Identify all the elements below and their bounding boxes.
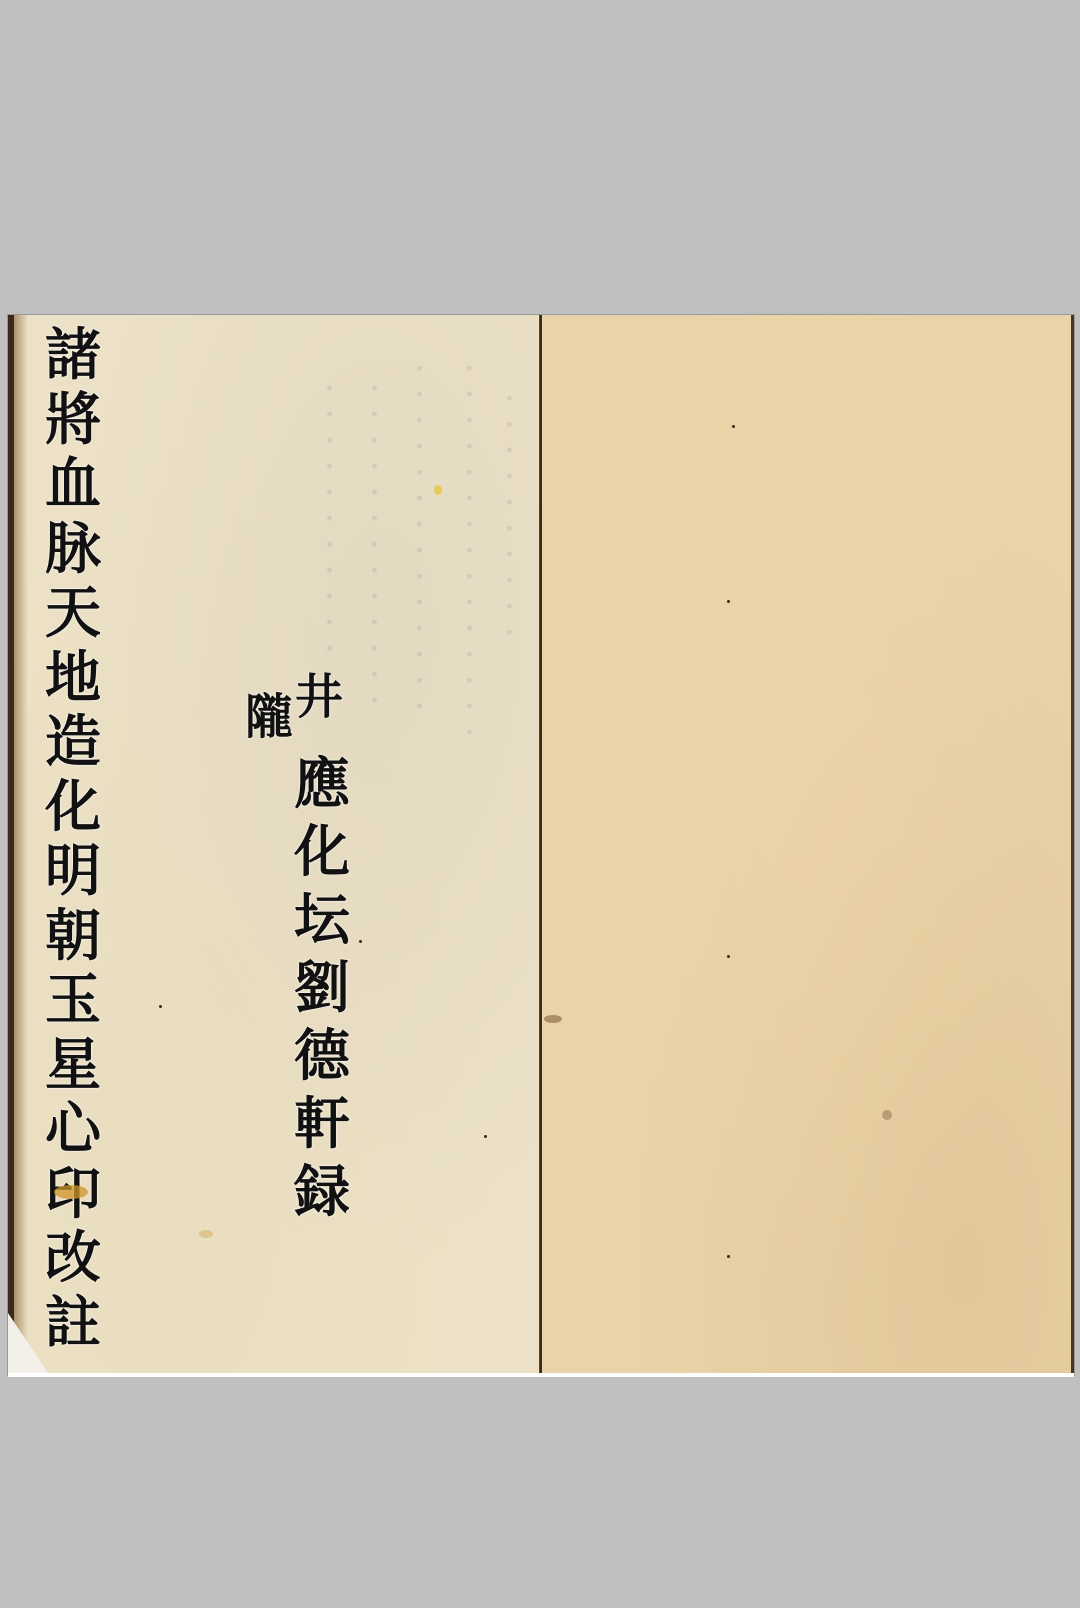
paper-speck	[359, 940, 362, 943]
title-char: 化	[45, 775, 101, 840]
bleed-through-text: ・・・・・・・・・・・・・・・	[454, 355, 484, 745]
paper-speck	[727, 955, 730, 958]
paper-speck	[159, 1005, 162, 1008]
document-viewer: ・・・・・・・・・・・・ ・・・・・・・・・・・・・ ・・・・・・・・・・・・・…	[0, 0, 1080, 1608]
title-char: 玉	[45, 968, 101, 1033]
ink-stain	[199, 1230, 213, 1238]
author-column: 井 隴 應 化 坛 劉 德 軒 録	[224, 675, 364, 1226]
paper-stain	[882, 1110, 892, 1120]
title-char: 地	[45, 646, 101, 711]
title-char: 造	[45, 710, 101, 775]
ink-stain	[434, 485, 442, 495]
left-page: ・・・・・・・・・・・・ ・・・・・・・・・・・・・ ・・・・・・・・・・・・・…	[8, 315, 540, 1373]
bleed-through-text: ・・・・・・・・・・・・	[314, 375, 344, 687]
right-page	[542, 315, 1074, 1373]
author-char: 化	[238, 818, 350, 886]
book-spread: ・・・・・・・・・・・・ ・・・・・・・・・・・・・ ・・・・・・・・・・・・・…	[8, 315, 1074, 1375]
title-char: 星	[45, 1033, 101, 1098]
paper-stain	[544, 1015, 562, 1023]
ink-stain	[54, 1185, 88, 1199]
title-char: 心	[45, 1097, 101, 1162]
author-char: 軒	[238, 1090, 350, 1158]
title-column: 諸 將 血 脉 天 地 造 化 明 朝 玉 星 心 印 改 註	[28, 323, 118, 1355]
header-pair: 井 隴	[245, 675, 343, 750]
bleed-through-text: ・・・・・・・・・・・・・	[359, 375, 389, 713]
title-char: 脉	[45, 517, 101, 582]
author-char: 録	[238, 1158, 350, 1226]
title-char: 天	[45, 581, 101, 646]
author-char: 劉	[238, 954, 350, 1022]
title-char: 改	[45, 1226, 101, 1291]
title-char: 朝	[45, 904, 101, 969]
title-char: 諸	[45, 323, 101, 388]
author-char: 坛	[238, 886, 350, 954]
author-char: 德	[238, 1022, 350, 1090]
pair-char-left: 隴	[245, 689, 293, 764]
paper-speck	[484, 1135, 487, 1138]
torn-corner	[8, 1313, 48, 1373]
scan-edge	[8, 1373, 1074, 1377]
paper-speck	[727, 1255, 730, 1258]
bleed-through-text: ・・・・・・・・・・	[494, 385, 524, 645]
title-char: 明	[45, 839, 101, 904]
paper-speck	[727, 600, 730, 603]
title-char: 將	[45, 388, 101, 453]
pair-char-right: 井	[295, 669, 343, 744]
title-char: 註	[45, 1291, 101, 1356]
paper-speck	[732, 425, 735, 428]
bleed-through-text: ・・・・・・・・・・・・・・	[404, 355, 434, 719]
title-char: 血	[45, 452, 101, 517]
